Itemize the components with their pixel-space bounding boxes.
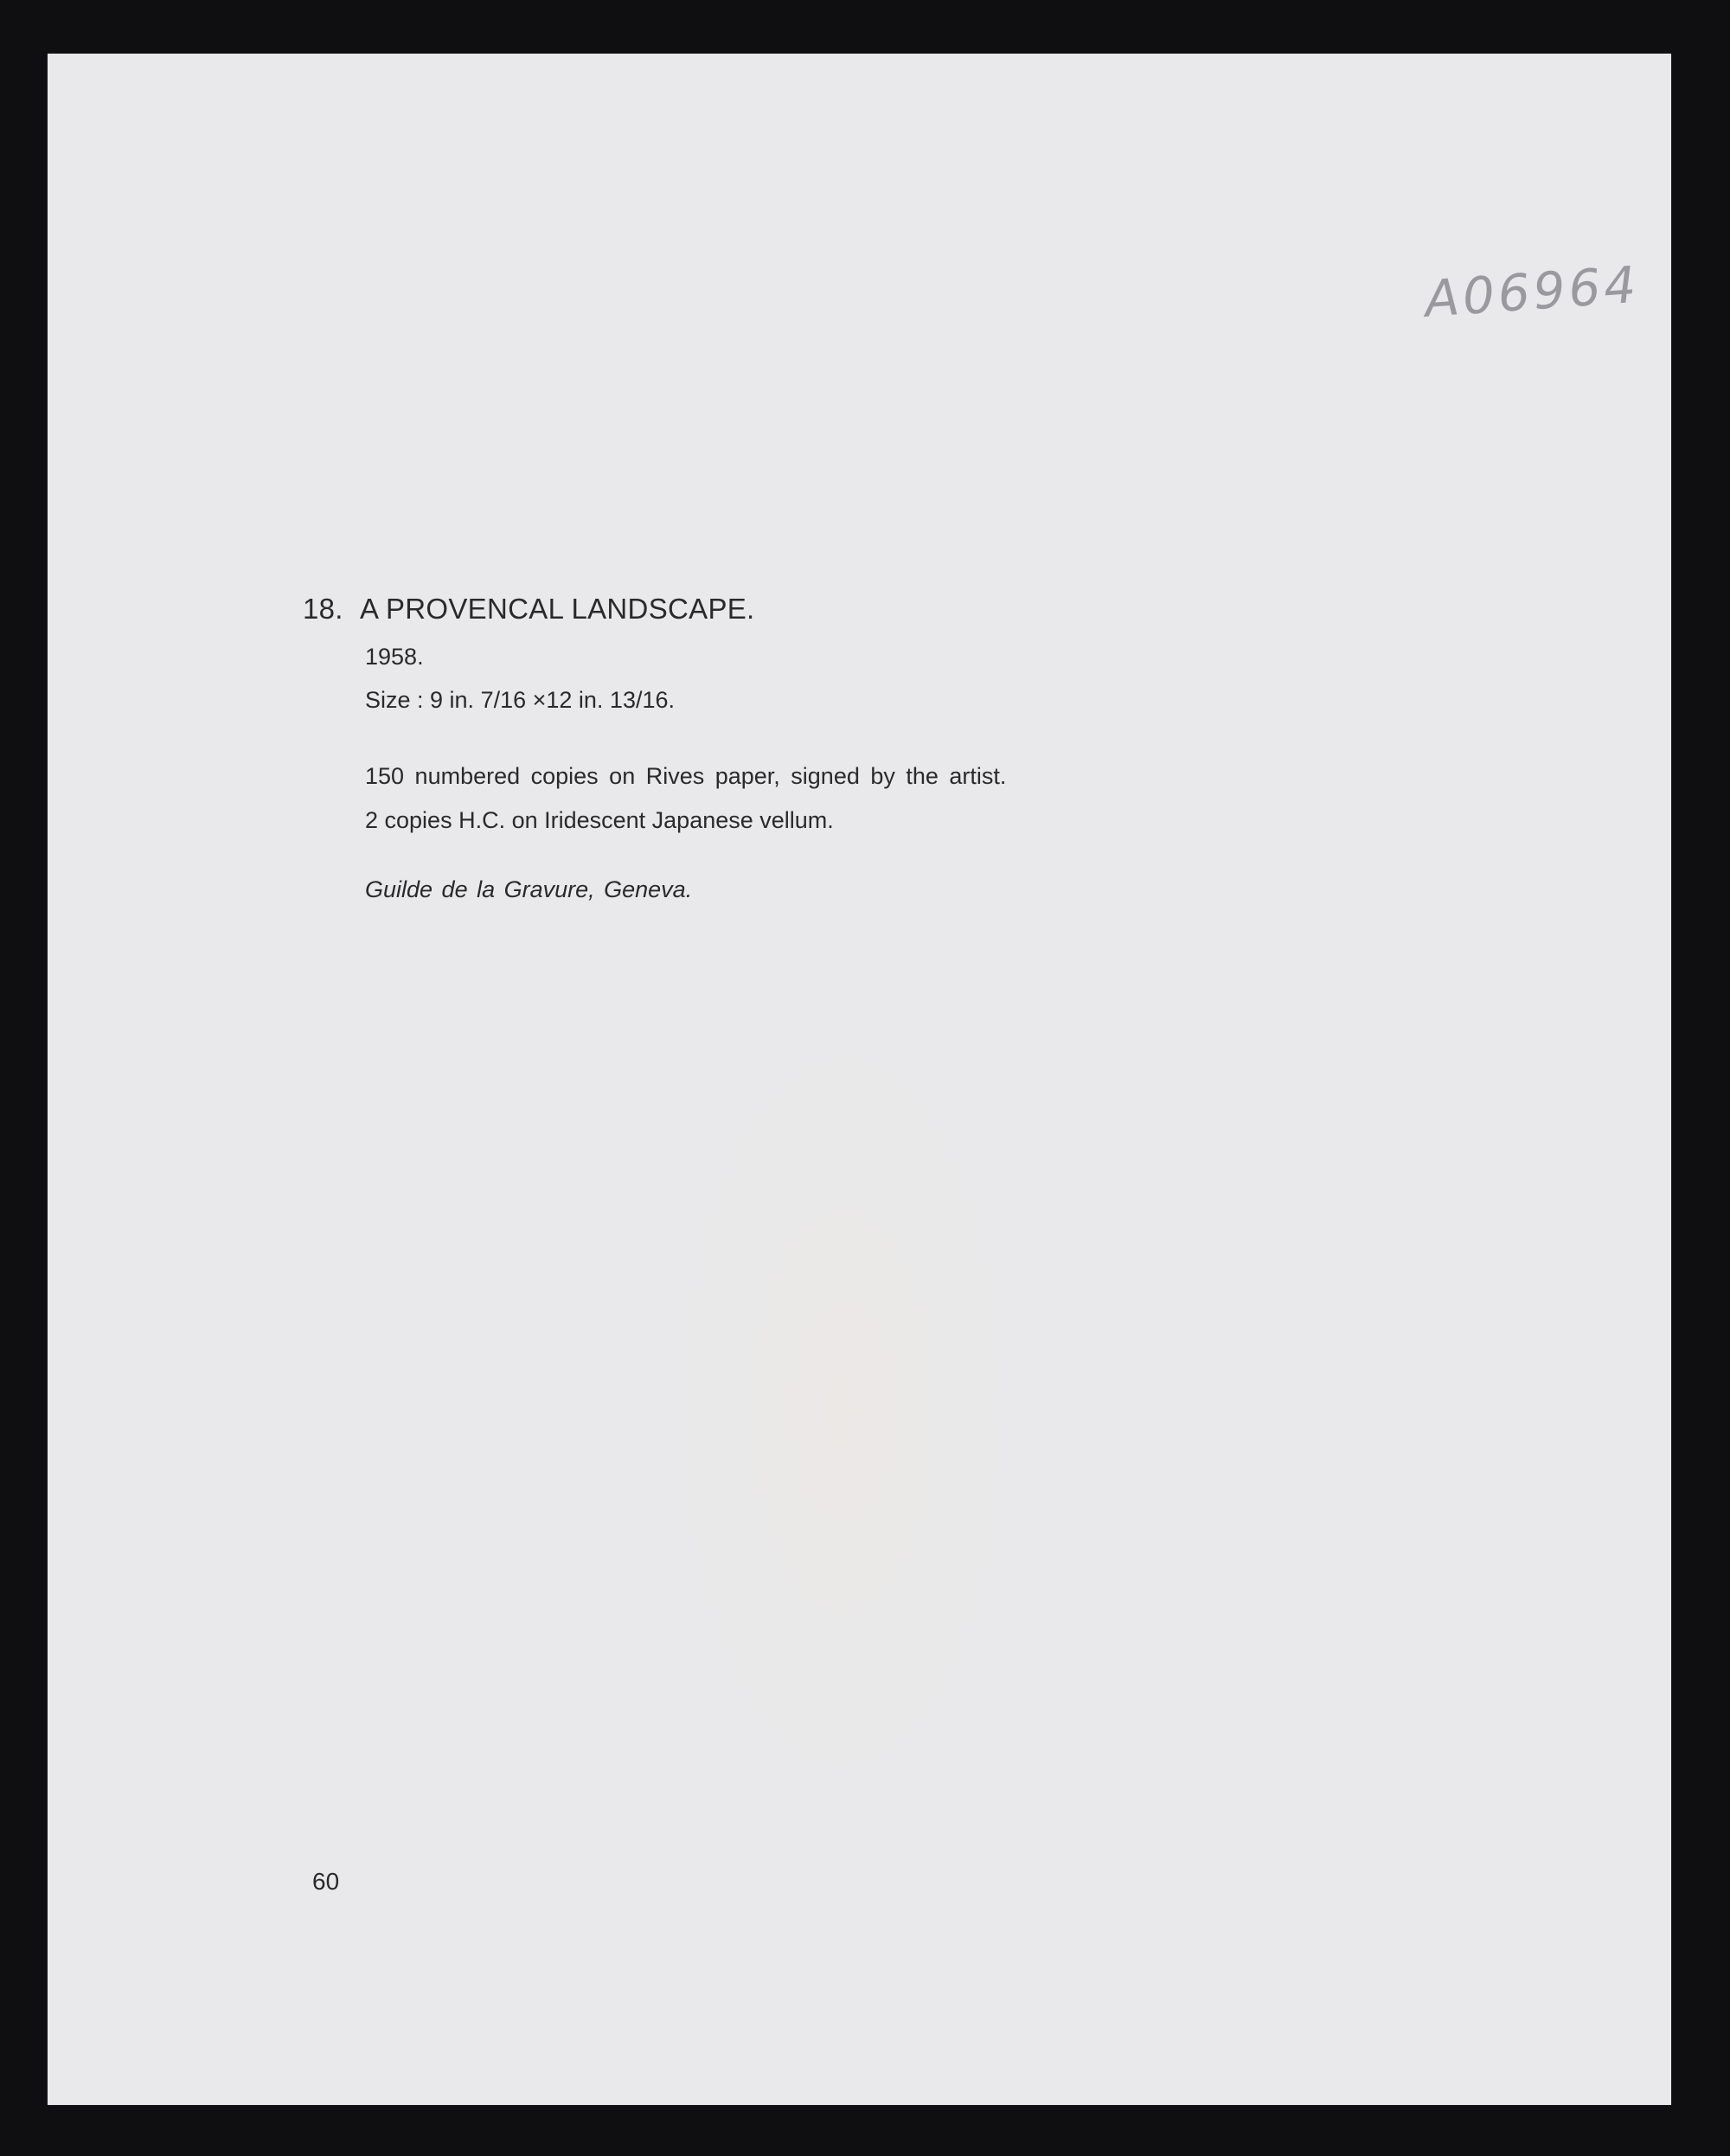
- publisher: Guilde de la Gravure, Geneva.: [365, 876, 692, 903]
- entry-year: 1958.: [365, 644, 424, 671]
- edition-hc-copies: 2 copies H.C. on Iridescent Japanese vel…: [365, 807, 834, 834]
- entry-number: 18.: [303, 593, 360, 626]
- page-number: 60: [312, 1868, 339, 1896]
- entry-title: A PROVENCAL LANDSCAPE.: [360, 593, 755, 625]
- handwritten-catalogue-number: A06964: [1423, 255, 1641, 329]
- entry-heading: 18.A PROVENCAL LANDSCAPE.: [303, 593, 755, 626]
- catalogue-page: A06964 18.A PROVENCAL LANDSCAPE. 1958. S…: [48, 54, 1671, 2105]
- entry-size: Size : 9 in. 7/16 ×12 in. 13/16.: [365, 687, 675, 714]
- edition-numbered-copies: 150 numbered copies on Rives paper, sign…: [365, 763, 1006, 790]
